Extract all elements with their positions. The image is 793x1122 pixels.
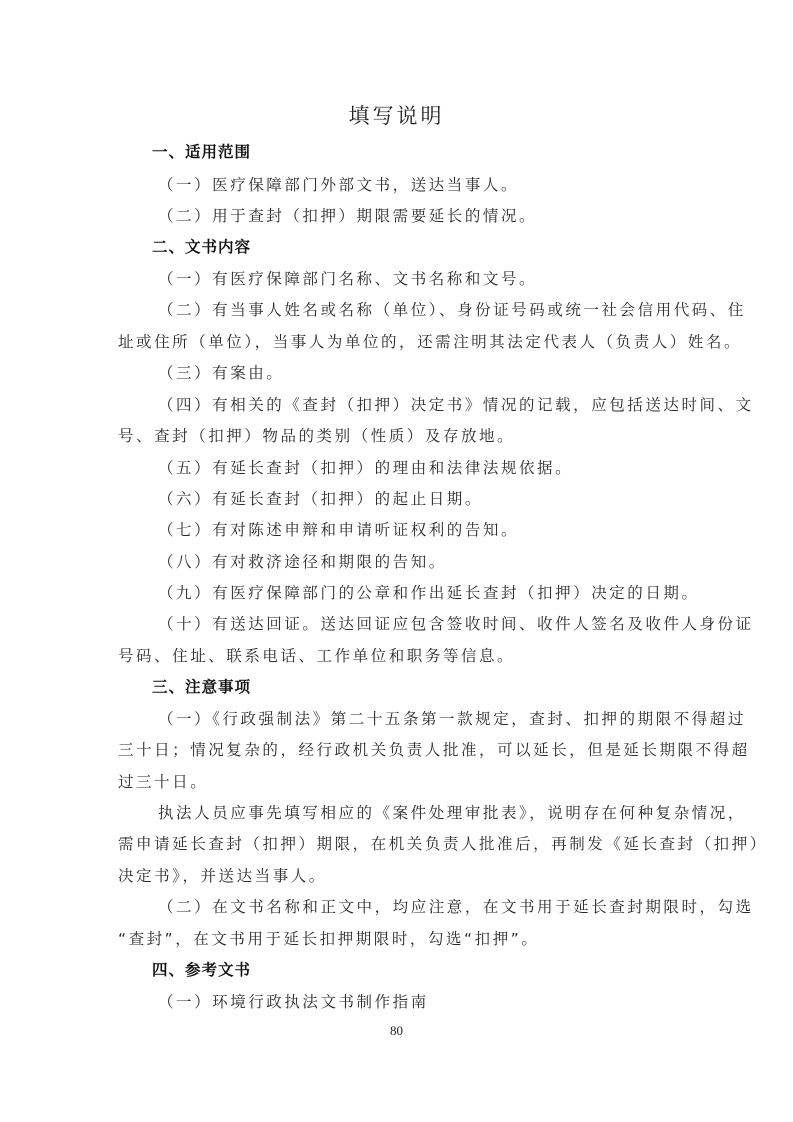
paragraph-line: 号码、住址、联系电话、工作单位和职务等信息。 bbox=[118, 644, 515, 666]
paragraph-line: （二）用于查封（扣押）期限需要延长的情况。 bbox=[158, 204, 537, 226]
paragraph-line: （一）医疗保障部门外部文书，送达当事人。 bbox=[158, 173, 519, 195]
paragraph-line: （九）有医疗保障部门的公章和作出延长查封（扣押）决定的日期。 bbox=[158, 581, 700, 603]
paragraph-line: 执法人员应事先填写相应的《案件处理审批表》，说明存在何种复杂情况， bbox=[158, 801, 746, 823]
paragraph-line: （二）有当事人姓名或名称（单位）、身份证号码或统一社会信用代码、住 bbox=[158, 298, 746, 320]
paragraph-line: （一）有医疗保障部门名称、文书名称和文号。 bbox=[158, 267, 537, 289]
paragraph-line: （五）有延长查封（扣押）的理由和法律法规依据。 bbox=[158, 456, 573, 478]
paragraph-line: （一）《行政强制法》第二十五条第一款规定，查封、扣押的期限不得超过 bbox=[158, 707, 746, 729]
section-heading-references: 四、参考文书 bbox=[152, 958, 251, 980]
paragraph-line: （一）环境行政执法文书制作指南 bbox=[158, 990, 429, 1012]
section-heading-scope: 一、适用范围 bbox=[152, 140, 251, 162]
paragraph-line: 过三十日。 bbox=[118, 770, 208, 792]
paragraph-line: 三十日；情况复杂的，经行政机关负责人批准，可以延长，但是延长期限不得超 bbox=[118, 738, 750, 760]
paragraph-line: （八）有对救济途径和期限的告知。 bbox=[158, 550, 447, 572]
section-heading-content: 二、文书内容 bbox=[152, 235, 251, 257]
paragraph-line: 址或住所（单位），当事人为单位的，还需注明其法定代表人（负责人）姓名。 bbox=[118, 330, 742, 352]
paragraph-line: 决定书》，并送达当事人。 bbox=[118, 864, 327, 886]
document-page: 填写说明 一、适用范围 （一）医疗保障部门外部文书，送达当事人。 （二）用于查封… bbox=[0, 0, 793, 1122]
paragraph-line: （四）有相关的《查封（扣押）决定书》情况的记载，应包括送达时间、文 bbox=[158, 393, 754, 415]
document-title: 填写说明 bbox=[0, 100, 793, 130]
paragraph-line: （七）有对陈述申辩和申请听证权利的告知。 bbox=[158, 518, 519, 540]
paragraph-line: （六）有延长查封（扣押）的起止日期。 bbox=[158, 487, 483, 509]
paragraph-line: （二）在文书名称和正文中，均应注意，在文书用于延长查封期限时，勾选 bbox=[158, 895, 754, 917]
paragraph-line: 需申请延长查封（扣押）期限，在机关负责人批准后，再制发《延长查封（扣押） bbox=[118, 832, 768, 854]
page-number: 80 bbox=[0, 1023, 793, 1039]
paragraph-line: （十）有送达回证。送达回证应包含签收时间、收件人签名及收件人身份证 bbox=[158, 612, 754, 634]
paragraph-line: “查封”，在文书用于延长扣押期限时，勾选“扣押”。 bbox=[118, 927, 539, 949]
paragraph-line: 号、查封（扣押）物品的类别（性质）及存放地。 bbox=[118, 424, 515, 446]
section-heading-notes: 三、注意事项 bbox=[152, 675, 251, 697]
paragraph-line: （三）有案由。 bbox=[158, 361, 284, 383]
